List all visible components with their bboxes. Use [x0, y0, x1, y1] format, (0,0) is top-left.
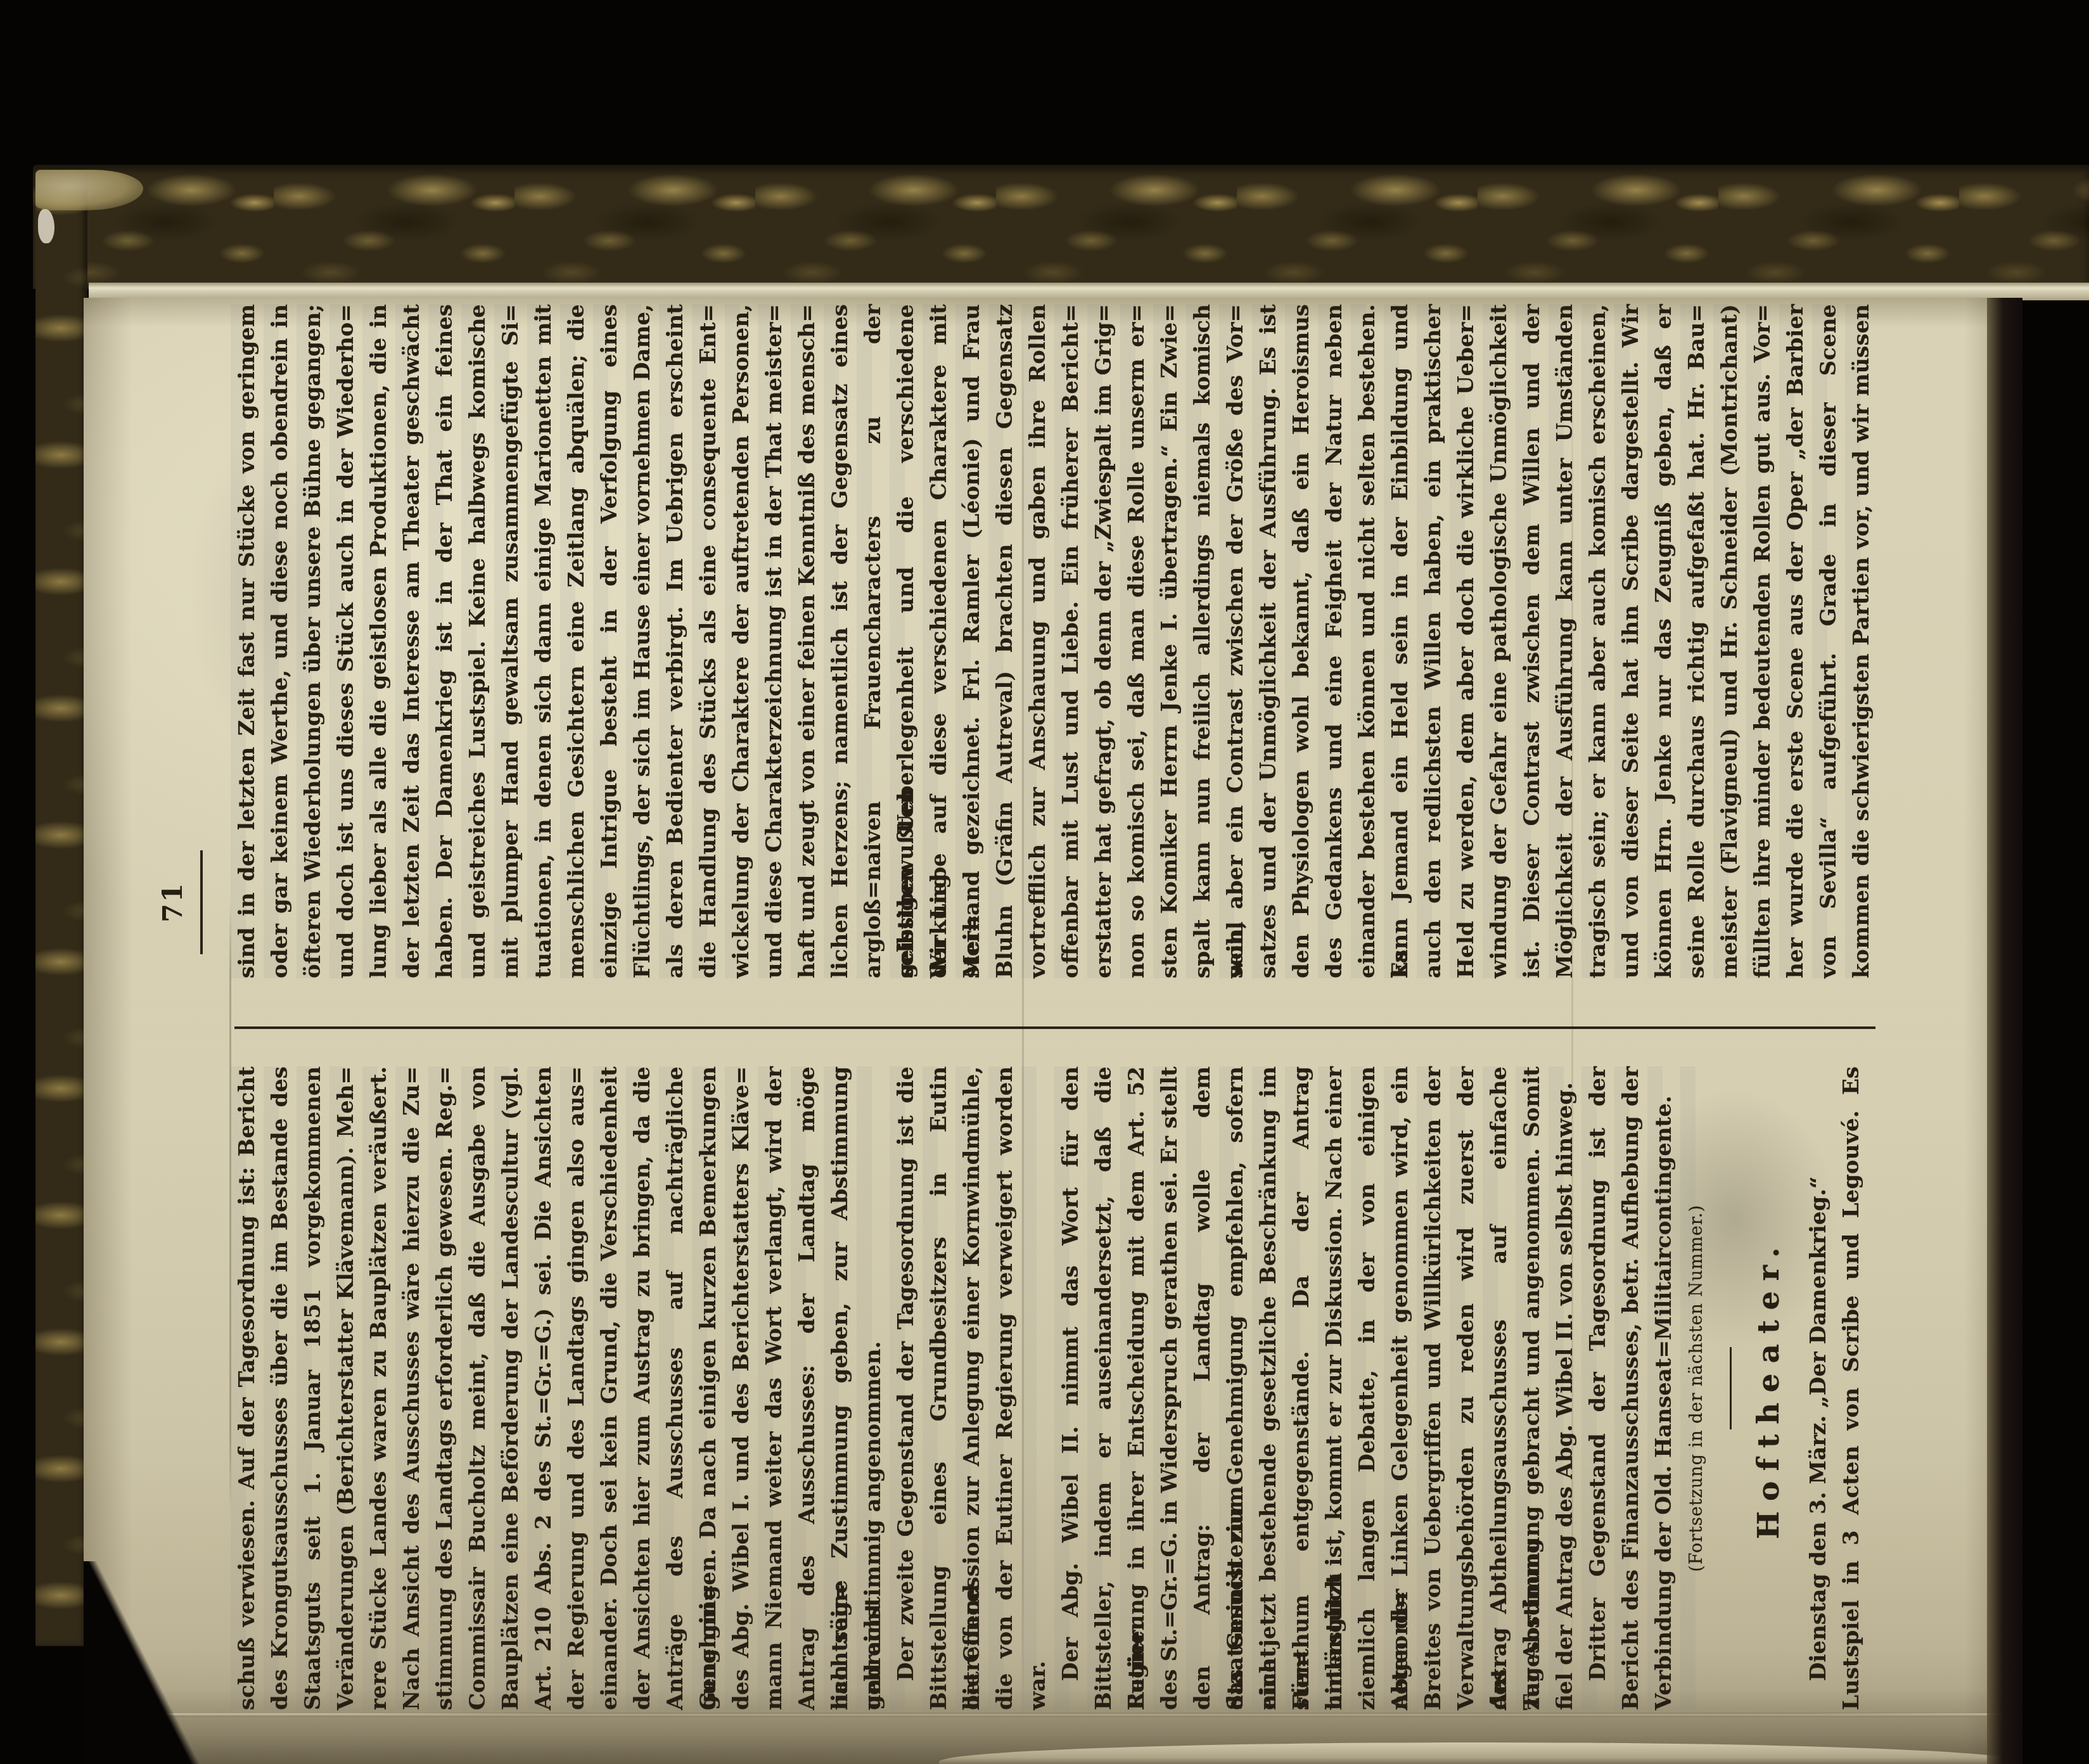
text-line: erstatter hat gefragt, ob denn der „Zwie…: [1087, 304, 1120, 978]
text-line: Nach Ansicht des Ausschusses wäre hierzu…: [395, 1066, 428, 1710]
text-line: Der Abg. Wibel II. nimmt das Wort für de…: [1054, 1066, 1087, 1710]
text-line: füllten ihre minder bedeutenden Rollen g…: [1746, 304, 1779, 978]
text-line: und doch ist uns dieses Stück auch in de…: [329, 304, 362, 978]
text-line: ist. Dieser Contrast zwischen dem Willen…: [1516, 304, 1549, 978]
text-line: her wurde die erste Scene aus der Oper „…: [1779, 304, 1812, 978]
text-line: sten Komiker Herrn Jenke I. übertragen.“…: [1153, 304, 1186, 978]
text-line: den Antrag: der Landtag wolle dem Staats…: [1186, 1066, 1219, 1710]
text-line: Art. 210 Abs. 2 des St.=Gr.=G.) sei. Die…: [527, 1066, 560, 1710]
book-cover-top-edge: [33, 165, 2089, 289]
text-line: öfteren Wiederholungen über unsere Bühne…: [297, 304, 329, 978]
text-line: und diese Charakterzeichnung ist in der …: [758, 304, 791, 978]
text-line: und einstimmig angenommen.: [857, 1066, 890, 1710]
text-line: Antrag des Ausschusses: der Landtag möge…: [791, 1066, 824, 1710]
text-line: Regierung in ihrer Entscheidung mit dem …: [1120, 1066, 1153, 1710]
text-line: seine Rolle durchaus richtig aufgefaßt h…: [1680, 304, 1713, 978]
text-line: Lustspiel in 3 Acten von Scribe und Lego…: [1835, 1066, 1868, 1710]
text-line: und von dieser Seite hat ihn Scribe darg…: [1614, 304, 1647, 978]
text-line: kann Jemand ein Held sein in der Einbild…: [1384, 304, 1417, 978]
book-photo: 71 schuß verwiesen. Auf der Tagesordnung…: [0, 0, 2089, 1764]
text-line: des Gedankens und eine Feigheit der Natu…: [1318, 304, 1351, 978]
text-line: Verwaltungsbehörden zu reden wird zuerst…: [1450, 1066, 1483, 1710]
text-line: einander. Doch sei kein Grund, die Versc…: [593, 1066, 626, 1710]
text-line: eine jetzt bestehende gesetzliche Beschr…: [1252, 1066, 1285, 1710]
text-line: Bericht des Finanzausschusses, betr. Auf…: [1614, 1066, 1647, 1710]
text-line: stimmung des Landtags erforderlich gewes…: [428, 1066, 461, 1710]
text-line: haben. Der Damenkrieg ist in der That ei…: [428, 304, 461, 978]
text-line: meister (Flavigneul) und Hr. Schneider (…: [1713, 304, 1746, 978]
text-line: wickelung der Charaktere der auftretende…: [725, 304, 758, 978]
text-line: Staatsguts seit 1. Januar 1851 vorgekomm…: [297, 1066, 329, 1710]
text-line: einander bestehen können und nicht selte…: [1351, 304, 1384, 978]
text-line: Flüchtlings, der sich im Hause einer vor…: [626, 304, 659, 978]
left-column-continued: Dienstag den 3. März. „Der Damenkrieg.“L…: [1802, 1066, 1868, 1710]
text-line: tuationen, in denen sich dann einige Mar…: [527, 304, 560, 978]
text-line: kommen die schwierigsten Partien vor, un…: [1845, 304, 1878, 978]
text-line: oder gar keinem Werthe, und diese noch o…: [264, 304, 297, 978]
text-line: haft und zeugt von einer feinen Kenntniß…: [791, 304, 824, 978]
text-line: auch den redlichsten Willen haben, ein p…: [1417, 304, 1450, 978]
text-line: satzes und der Unmöglichkeit der Ausführ…: [1252, 304, 1285, 978]
text-line: schuß verwiesen. Auf der Tagesordnung is…: [231, 1066, 264, 1710]
text-line: die Concession zur Anlegung einer Kornwi…: [955, 1066, 988, 1710]
text-line: mit plumper Hand gewaltsam zusammengefüg…: [494, 304, 527, 978]
text-line: stenthum entgegenstände. Da der Antrag h…: [1285, 1066, 1318, 1710]
text-line: der Regierung und des Landtags gingen al…: [560, 1066, 593, 1710]
text-line: Verbindung der Old. Hanseat=Militaircont…: [1647, 1066, 1680, 1710]
text-line: und geistreiches Lustspiel. Keine halbwe…: [461, 304, 494, 978]
text-line: spalt kann nun freilich allerdings niema…: [1186, 304, 1219, 978]
section-heading: Hoftheater.: [1739, 1066, 1799, 1710]
text-line: Bittstellung eines Grundbesitzers in Eut…: [923, 1066, 955, 1710]
text-line: der letzten Zeit das Interesse am Theate…: [395, 304, 428, 978]
section-rule: [1730, 1347, 1732, 1429]
text-line: zur Abstimmung gebracht und angenommen. …: [1516, 1066, 1549, 1710]
text-line: Bluhn (Gräfin Autreval) brachten diesen …: [988, 304, 1021, 978]
text-line: lich seine Zustimmung geben, zur Abstimm…: [824, 1066, 857, 1710]
text-line: Dienstag den 3. März. „Der Damenkrieg.“: [1802, 1066, 1835, 1710]
book-cover-left-edge: [35, 170, 87, 1646]
left-column: schuß verwiesen. Auf der Tagesordnung is…: [231, 1066, 1713, 1710]
text-line: rere Stücke Landes waren zu Bauplätzen v…: [362, 1066, 395, 1710]
text-line: von Sevilla“ aufgeführt. Grade in dieser…: [1812, 304, 1845, 978]
text-line: der Ansichten hier zum Austrag zu bringe…: [626, 1066, 659, 1710]
text-line: den Physiologen wohl bekannt, daß ein He…: [1285, 304, 1318, 978]
text-line: gung gingen. Da nach einigen kurzen Beme…: [692, 1066, 725, 1710]
text-line: sind in der letzten Zeit fast nur Stücke…: [231, 304, 264, 978]
text-line: mann Niemand weiter das Wort verlangt, w…: [758, 1066, 791, 1710]
text-line: geistigen Ueberlegenheit und die verschi…: [890, 304, 923, 978]
text-line: sterhand gezeichnet. Frl. Ramler (Léonie…: [955, 304, 988, 978]
text-line: einzige Intrigue besteht in der Verfolgu…: [593, 304, 626, 978]
text-line: das Gesuch zur Genehmigung empfehlen, so…: [1219, 1066, 1252, 1710]
page-number: 71: [157, 869, 190, 935]
text-line: windung der Gefahr eine pathologische Un…: [1483, 304, 1516, 978]
text-line: menschlichen Gesichtern eine Zeitlang ab…: [560, 304, 593, 978]
text-line: neten der Linken Gelegenheit genommen wi…: [1384, 1066, 1417, 1710]
page-number-rule: [200, 850, 203, 954]
text-line: fiel der Antrag des Abg. Wibel II. von s…: [1549, 1066, 1581, 1710]
text-line: argloß=naiven Frauencharacters zu der se…: [857, 304, 890, 978]
text-line: wohl aber ein Contrast zwischen der Größ…: [1219, 304, 1252, 978]
text-line: des Abtheilungsausschusses auf einfache …: [1483, 1066, 1516, 1710]
right-column: sind in der letzten Zeit fast nur Stücke…: [231, 304, 1878, 978]
text-line: Dritter Gegenstand der Tagesordnung ist …: [1581, 1066, 1614, 1710]
crease: [350, 1713, 2010, 1715]
text-line: die Handlung des Stücks als eine consequ…: [692, 304, 725, 978]
text-line: Commissair Bucholtz meint, daß die Ausga…: [461, 1066, 494, 1710]
text-line: als deren Bedienter verbirgt. Im Uebrige…: [659, 304, 692, 978]
text-line: war.: [1021, 1066, 1054, 1710]
text-line: (Fortsetzung in der nächsten Nummer.): [1680, 1066, 1713, 1710]
text-line: Held zu werden, dem aber doch die wirkli…: [1450, 304, 1483, 978]
text-line: des Abg. Wibel I. und des Berichterstatt…: [725, 1066, 758, 1710]
text-line: ziemlich langen Debatte, in der von eini…: [1351, 1066, 1384, 1710]
text-line: der Liebe auf diese verschiedenen Charak…: [923, 304, 955, 978]
text-line: Bittsteller, indem er auseinandersetzt, …: [1087, 1066, 1120, 1710]
text-line: Anträge des Ausschusses auf nachträglich…: [659, 1066, 692, 1710]
text-line: Bauplätzen eine Beförderung der Landescu…: [494, 1066, 527, 1710]
text-line: des Krongutsausschusses über die im Best…: [264, 1066, 297, 1710]
page-content-rotated: 71 schuß verwiesen. Auf der Tagesordnung…: [84, 298, 2022, 1764]
text-line: tragisch sein; er kann aber auch komisch…: [1581, 304, 1614, 978]
text-line: unterstützt ist, kommt er zur Diskussion…: [1318, 1066, 1351, 1710]
text-line: Der zweite Gegenstand der Tagesordnung i…: [890, 1066, 923, 1710]
text-line: vortrefflich zur Anschauung und gaben ih…: [1021, 304, 1054, 978]
text-line: können Hrn. Jenke nur das Zeugniß geben,…: [1647, 304, 1680, 978]
text-line: Veränderungen (Berichterstatter Kläveman…: [329, 1066, 362, 1710]
text-line: non so komisch sei, daß man diese Rolle …: [1120, 304, 1153, 978]
text-line: Möglichkeit der Ausführung kann unter Um…: [1549, 304, 1581, 978]
text-line: offenbar mit Lust und Liebe. Ein frühere…: [1054, 304, 1087, 978]
text-line: lung lieber als alle die geistlosen Prod…: [362, 304, 395, 978]
text-line: Breites von Uebergriffen und Willkürlich…: [1417, 1066, 1450, 1710]
column-divider: [234, 1026, 1875, 1029]
text-line: des St.=Gr.=G. in Widerspruch gerathen s…: [1153, 1066, 1186, 1710]
text-line: die von der Eutiner Regierung verweigert…: [988, 1066, 1021, 1710]
text-line: lichen Herzens; namentlich ist der Gegen…: [824, 304, 857, 978]
